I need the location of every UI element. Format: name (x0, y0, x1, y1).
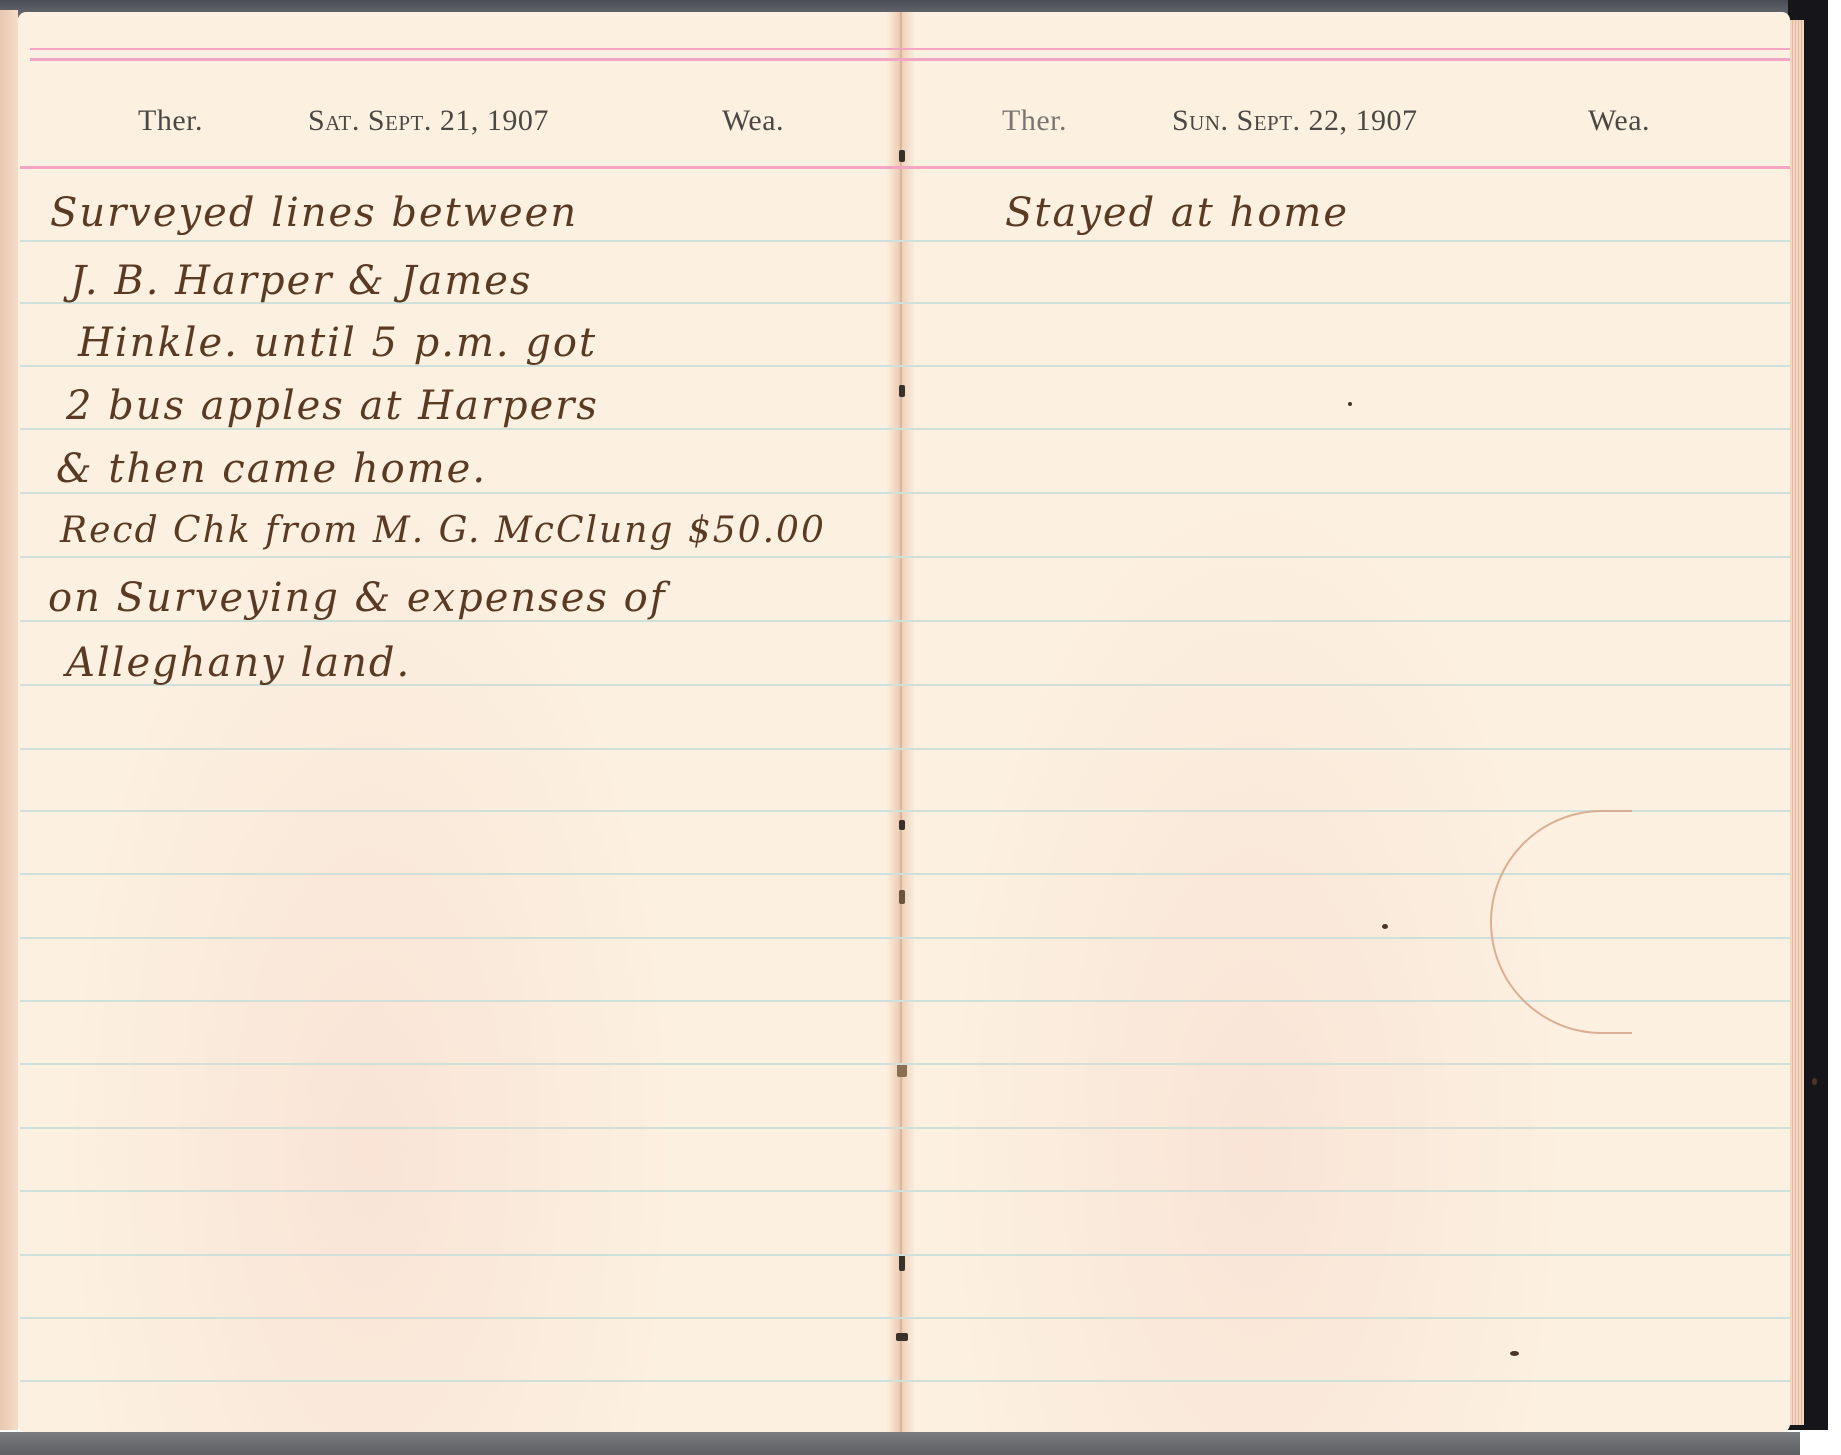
header-rule-top (30, 48, 1790, 50)
ruled-line (20, 492, 1790, 494)
header-rule-bottom (20, 166, 1790, 169)
right-thermometer-label: Ther. (1002, 104, 1067, 138)
right-date-heading: Sun. Sept. 22, 1907 (1172, 104, 1418, 138)
binding-stitch (899, 820, 905, 830)
left-thermometer-label: Ther. (138, 104, 203, 138)
ruled-line (20, 1380, 1790, 1382)
ink-speck (1510, 1351, 1519, 1356)
binding-stitch (899, 1255, 905, 1271)
ruled-line (20, 556, 1790, 558)
entry-line: Hinkle. until 5 p.m. got (78, 320, 597, 366)
header-rule-top-2 (30, 58, 1790, 61)
ruled-line (20, 1317, 1790, 1319)
ruled-line (20, 1127, 1790, 1129)
entry-line: Stayed at home (1005, 190, 1349, 236)
ruled-line (20, 1190, 1790, 1192)
ruled-line (20, 1254, 1790, 1256)
ink-speck (1348, 402, 1352, 406)
left-weather-label: Wea. (722, 104, 784, 138)
binding-stitch (896, 1333, 908, 1341)
ruled-line (20, 1063, 1790, 1065)
entry-line: J. B. Harper & James (70, 258, 532, 304)
entry-line: Surveyed lines between (50, 190, 578, 236)
entry-line: 2 bus apples at Harpers (66, 383, 599, 429)
binding-stitch (899, 150, 905, 162)
right-weather-label: Wea. (1588, 104, 1650, 138)
entry-line: Alleghany land. (66, 640, 411, 686)
ruled-line (20, 748, 1790, 750)
ruled-line (20, 810, 1790, 812)
entry-line: on Surveying & expenses of (48, 575, 667, 621)
spine-gutter (886, 12, 916, 1432)
entry-line: Recd Chk from M. G. McClung $50.00 (60, 510, 826, 551)
ink-speck (1812, 1078, 1817, 1085)
binding-stitch (897, 1063, 907, 1077)
ink-speck (1382, 924, 1388, 929)
page-edges-right (1790, 20, 1804, 1425)
left-date-heading: Sat. Sept. 21, 1907 (308, 104, 549, 138)
binding-stitch (899, 890, 905, 904)
ruled-line (20, 240, 1790, 242)
right-date-text: Sun. Sept. 22, 1907 (1172, 104, 1418, 137)
binding-stitch (899, 385, 905, 397)
page-edges-left (0, 10, 18, 1430)
left-date-text: Sat. Sept. 21, 1907 (308, 104, 549, 137)
entry-line: & then came home. (56, 446, 487, 492)
book-cover-bottom (0, 1432, 1800, 1455)
